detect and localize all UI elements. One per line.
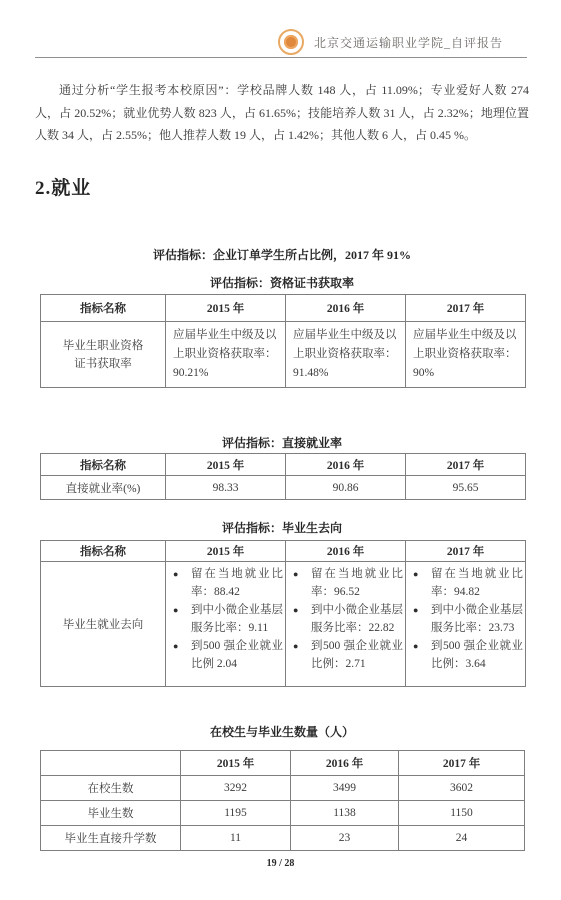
header-cell: 2017 年 xyxy=(406,541,526,562)
table-row: 在校生数 3292 3499 3602 xyxy=(41,776,525,801)
caption-order-ratio: 评估指标：企业订单学生所占比例，2017 年 91% xyxy=(40,246,524,263)
header-cell: 2015 年 xyxy=(181,751,291,776)
bullet-item: 到500 强企业就业比例：3.64 xyxy=(406,638,523,673)
table-header-row: 2015 年 2016 年 2017 年 xyxy=(41,751,525,776)
bullet-item: 到中小微企业基层服务比率：9.11 xyxy=(166,602,283,637)
data-cell: 23 xyxy=(291,826,399,851)
table-row: 毕业生就业去向 留在当地就业比率：88.42 到中小微企业基层服务比率：9.11… xyxy=(41,562,526,687)
employment-rate-table: 指标名称 2015 年 2016 年 2017 年 直接就业率(%) 98.33… xyxy=(40,453,526,500)
row-label-cell: 在校生数 xyxy=(41,776,181,801)
row-label-cell: 直接就业率(%) xyxy=(41,476,166,500)
header-cell xyxy=(41,751,181,776)
section-heading-employment: 2.就业 xyxy=(35,173,91,200)
data-cell: 3499 xyxy=(291,776,399,801)
header-cell: 2016 年 xyxy=(291,751,399,776)
bullet-item: 到500 强企业就业比例：2.71 xyxy=(286,638,403,673)
data-cell: 1138 xyxy=(291,801,399,826)
table-row: 直接就业率(%) 98.33 90.86 95.65 xyxy=(41,476,526,500)
intro-paragraph: 通过分析“学生报考本校原因”：学校品牌人数 148 人，占 11.09%；专业爱… xyxy=(35,79,529,147)
bullet-list: 留在当地就业比率：88.42 到中小微企业基层服务比率：9.11 到500 强企… xyxy=(166,566,283,673)
data-cell: 应届毕业生中级及以上职业资格获取率：91.48% xyxy=(286,322,406,388)
data-cell: 留在当地就业比率：88.42 到中小微企业基层服务比率：9.11 到500 强企… xyxy=(166,562,286,687)
data-cell: 应届毕业生中级及以上职业资格获取率：90% xyxy=(406,322,526,388)
header-cell: 2017 年 xyxy=(399,751,525,776)
header-title: 北京交通运输职业学院_自评报告 xyxy=(314,34,503,51)
data-cell: 留在当地就业比率：94.82 到中小微企业基层服务比率：23.73 到500 强… xyxy=(406,562,526,687)
caption-student-counts: 在校生与毕业生数量（人） xyxy=(40,723,524,740)
school-seal-icon xyxy=(278,29,304,55)
bullet-item: 到中小微企业基层服务比率：22.82 xyxy=(286,602,403,637)
caption-direct-employment: 评估指标：直接就业率 xyxy=(40,434,524,451)
data-cell: 3602 xyxy=(399,776,525,801)
page-number: 19 / 28 xyxy=(0,858,561,869)
header-cell: 2017 年 xyxy=(406,295,526,322)
bullet-item: 留在当地就业比率：94.82 xyxy=(406,566,523,601)
table-header-row: 指标名称 2015 年 2016 年 2017 年 xyxy=(41,295,526,322)
header-cell: 2016 年 xyxy=(286,541,406,562)
row-label-cell: 毕业生职业资格证书获取率 xyxy=(41,322,166,388)
data-cell: 98.33 xyxy=(166,476,286,500)
caption-certificate: 评估指标：资格证书获取率 xyxy=(40,274,524,291)
student-counts-table: 2015 年 2016 年 2017 年 在校生数 3292 3499 3602… xyxy=(40,750,525,851)
caption-graduate-destination: 评估指标：毕业生去向 xyxy=(40,519,524,536)
bullet-item: 留在当地就业比率：88.42 xyxy=(166,566,283,601)
data-cell: 90.86 xyxy=(286,476,406,500)
header-cell: 指标名称 xyxy=(41,295,166,322)
data-cell: 应届毕业生中级及以上职业资格获取率：90.21% xyxy=(166,322,286,388)
header-cell: 2016 年 xyxy=(286,295,406,322)
row-label-cell: 毕业生就业去向 xyxy=(41,562,166,687)
certificate-table: 指标名称 2015 年 2016 年 2017 年 毕业生职业资格证书获取率 应… xyxy=(40,294,526,388)
header-cell: 指标名称 xyxy=(41,541,166,562)
bullet-item: 到中小微企业基层服务比率：23.73 xyxy=(406,602,523,637)
data-cell: 11 xyxy=(181,826,291,851)
data-cell: 1195 xyxy=(181,801,291,826)
header-cell: 2015 年 xyxy=(166,295,286,322)
row-label-cell: 毕业生直接升学数 xyxy=(41,826,181,851)
bullet-item: 留在当地就业比率：96.52 xyxy=(286,566,403,601)
table-row: 毕业生职业资格证书获取率 应届毕业生中级及以上职业资格获取率：90.21% 应届… xyxy=(41,322,526,388)
header-divider xyxy=(35,57,527,58)
row-label-cell: 毕业生数 xyxy=(41,801,181,826)
data-cell: 24 xyxy=(399,826,525,851)
destination-table: 指标名称 2015 年 2016 年 2017 年 毕业生就业去向 留在当地就业… xyxy=(40,540,526,687)
table-header-row: 指标名称 2015 年 2016 年 2017 年 xyxy=(41,541,526,562)
data-cell: 3292 xyxy=(181,776,291,801)
bullet-list: 留在当地就业比率：94.82 到中小微企业基层服务比率：23.73 到500 强… xyxy=(406,566,523,673)
header-cell: 2016 年 xyxy=(286,454,406,476)
page-header: 北京交通运输职业学院_自评报告 xyxy=(35,28,527,56)
data-cell: 1150 xyxy=(399,801,525,826)
bullet-list: 留在当地就业比率：96.52 到中小微企业基层服务比率：22.82 到500 强… xyxy=(286,566,403,673)
header-cell: 2015 年 xyxy=(166,454,286,476)
header-cell: 2017 年 xyxy=(406,454,526,476)
table-row: 毕业生数 1195 1138 1150 xyxy=(41,801,525,826)
header-cell: 指标名称 xyxy=(41,454,166,476)
header-cell: 2015 年 xyxy=(166,541,286,562)
data-cell: 95.65 xyxy=(406,476,526,500)
table-header-row: 指标名称 2015 年 2016 年 2017 年 xyxy=(41,454,526,476)
table-row: 毕业生直接升学数 11 23 24 xyxy=(41,826,525,851)
data-cell: 留在当地就业比率：96.52 到中小微企业基层服务比率：22.82 到500 强… xyxy=(286,562,406,687)
bullet-item: 到500 强企业就业比例 2.04 xyxy=(166,638,283,673)
